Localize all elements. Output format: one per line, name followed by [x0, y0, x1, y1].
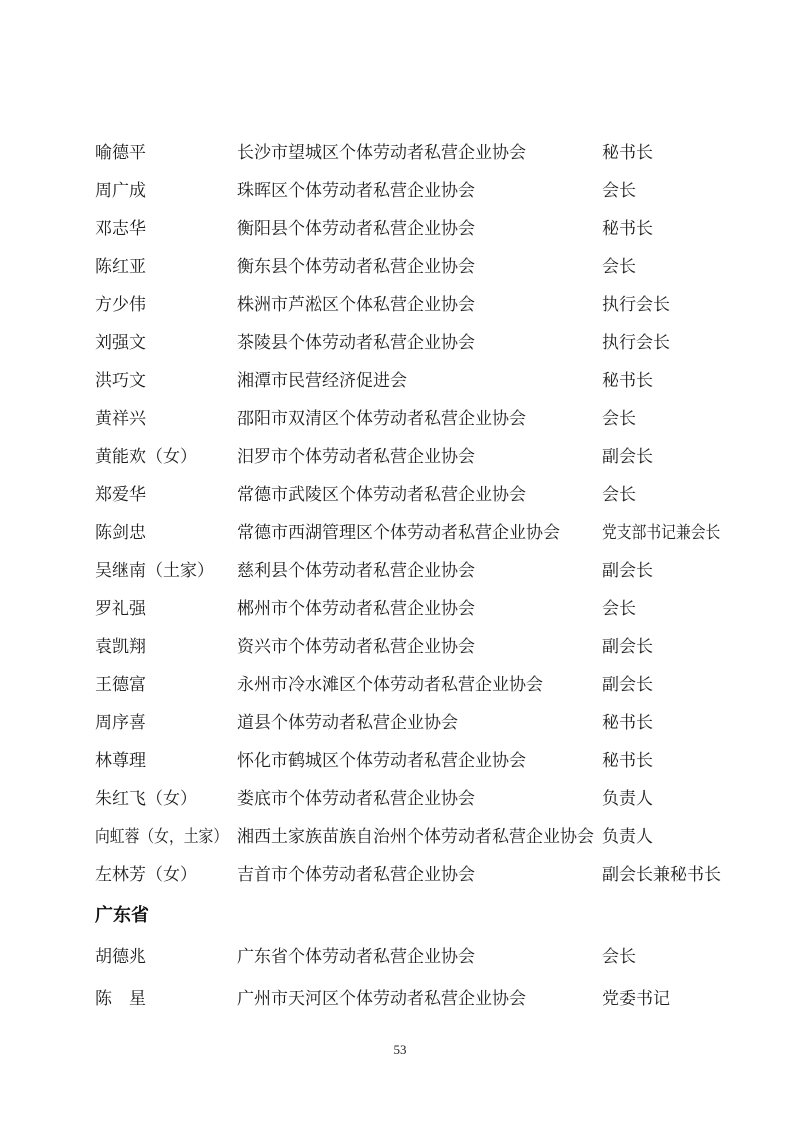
position-title: 秘书长 — [602, 704, 765, 742]
person-name: 周广成 — [95, 172, 237, 210]
table-row: 邓志华 衡阳县个体劳动者私营企业协会 秘书长 — [95, 210, 765, 248]
organization-name: 广州市天河区个体劳动者私营企业协会 — [237, 978, 602, 1020]
position-title: 会长 — [602, 400, 765, 438]
table-row: 林尊理 怀化市鹤城区个体劳动者私营企业协会 秘书长 — [95, 742, 765, 780]
position-title: 党支部书记兼会长 — [602, 514, 744, 552]
table-row: 洪巧文 湘潭市民营经济促进会 秘书长 — [95, 362, 765, 400]
table-row: 吴继南（土家） 慈利县个体劳动者私营企业协会 副会长 — [95, 552, 765, 590]
position-title: 负责人 — [602, 780, 765, 818]
person-name: 袁凯翔 — [95, 628, 237, 666]
organization-name: 衡阳县个体劳动者私营企业协会 — [237, 210, 602, 248]
table-row: 刘强文 茶陵县个体劳动者私营企业协会 执行会长 — [95, 324, 765, 362]
position-title: 会长 — [602, 936, 765, 978]
position-title: 秘书长 — [602, 362, 765, 400]
person-name: 向虹蓉（女，土家） — [95, 818, 219, 856]
position-title: 执行会长 — [602, 324, 765, 362]
person-name: 洪巧文 — [95, 362, 237, 400]
person-name: 左林芳（女） — [95, 856, 237, 894]
table-row: 向虹蓉（女，土家） 湘西土家族苗族自治州个体劳动者私营企业协会 负责人 — [95, 818, 765, 856]
organization-name: 广东省个体劳动者私营企业协会 — [237, 936, 602, 978]
person-name: 林尊理 — [95, 742, 237, 780]
position-title: 副会长 — [602, 552, 765, 590]
table-row: 陈剑忠 常德市西湖管理区个体劳动者私营企业协会 党支部书记兼会长 — [95, 514, 765, 552]
organization-name: 衡东县个体劳动者私营企业协会 — [237, 248, 602, 286]
organization-name: 资兴市个体劳动者私营企业协会 — [237, 628, 602, 666]
position-title: 副会长兼秘书长 — [602, 856, 765, 894]
person-name: 邓志华 — [95, 210, 237, 248]
document-page: 喻德平 长沙市望城区个体劳动者私营企业协会 秘书长 周广成 珠晖区个体劳动者私营… — [0, 0, 800, 1131]
organization-name: 邵阳市双清区个体劳动者私营企业协会 — [237, 400, 602, 438]
person-name: 罗礼强 — [95, 590, 237, 628]
organization-name: 株洲市芦淞区个体私营企业协会 — [237, 286, 602, 324]
position-title: 会长 — [602, 172, 765, 210]
position-title: 副会长 — [602, 628, 765, 666]
position-title: 秘书长 — [602, 742, 765, 780]
person-name: 朱红飞（女） — [95, 780, 237, 818]
organization-name: 娄底市个体劳动者私营企业协会 — [237, 780, 602, 818]
table-row: 周广成 珠晖区个体劳动者私营企业协会 会长 — [95, 172, 765, 210]
table-row: 黄祥兴 邵阳市双清区个体劳动者私营企业协会 会长 — [95, 400, 765, 438]
organization-name: 常德市武陵区个体劳动者私营企业协会 — [237, 476, 602, 514]
table-row: 左林芳（女） 吉首市个体劳动者私营企业协会 副会长兼秘书长 — [95, 856, 765, 894]
organization-name: 道县个体劳动者私营企业协会 — [237, 704, 602, 742]
organization-name: 常德市西湖管理区个体劳动者私营企业协会 — [237, 514, 602, 552]
person-name: 陈红亚 — [95, 248, 237, 286]
organization-name: 吉首市个体劳动者私营企业协会 — [237, 856, 602, 894]
organization-name: 永州市冷水滩区个体劳动者私营企业协会 — [237, 666, 602, 704]
table-row: 方少伟 株洲市芦淞区个体私营企业协会 执行会长 — [95, 286, 765, 324]
person-name: 周序喜 — [95, 704, 237, 742]
section-header: 广东省 — [95, 894, 765, 936]
organization-name: 怀化市鹤城区个体劳动者私营企业协会 — [237, 742, 602, 780]
table-row: 王德富 永州市冷水滩区个体劳动者私营企业协会 副会长 — [95, 666, 765, 704]
person-name: 刘强文 — [95, 324, 237, 362]
person-name: 陈剑忠 — [95, 514, 237, 552]
position-title: 负责人 — [602, 818, 765, 856]
organization-name: 湘西土家族苗族自治州个体劳动者私营企业协会 — [237, 818, 602, 856]
table-row: 黄能欢（女） 汨罗市个体劳动者私营企业协会 副会长 — [95, 438, 765, 476]
table-row: 郑爱华 常德市武陵区个体劳动者私营企业协会 会长 — [95, 476, 765, 514]
person-name: 吴继南（土家） — [95, 552, 237, 590]
person-name: 陈 星 — [95, 978, 237, 1020]
position-title: 秘书长 — [602, 134, 765, 172]
person-name: 黄祥兴 — [95, 400, 237, 438]
person-name: 胡德兆 — [95, 936, 237, 978]
table-row: 陈红亚 衡东县个体劳动者私营企业协会 会长 — [95, 248, 765, 286]
person-name: 黄能欢（女） — [95, 438, 237, 476]
section-label: 广东省 — [95, 894, 149, 936]
position-title: 会长 — [602, 590, 765, 628]
table-row: 周序喜 道县个体劳动者私营企业协会 秘书长 — [95, 704, 765, 742]
person-name: 喻德平 — [95, 134, 237, 172]
position-title: 会长 — [602, 248, 765, 286]
roster-table: 喻德平 长沙市望城区个体劳动者私营企业协会 秘书长 周广成 珠晖区个体劳动者私营… — [95, 134, 765, 1020]
person-name: 郑爱华 — [95, 476, 237, 514]
organization-name: 茶陵县个体劳动者私营企业协会 — [237, 324, 602, 362]
position-title: 会长 — [602, 476, 765, 514]
organization-name: 长沙市望城区个体劳动者私营企业协会 — [237, 134, 602, 172]
organization-name: 汨罗市个体劳动者私营企业协会 — [237, 438, 602, 476]
position-title: 副会长 — [602, 666, 765, 704]
table-row: 胡德兆 广东省个体劳动者私营企业协会 会长 — [95, 936, 765, 978]
person-name: 方少伟 — [95, 286, 237, 324]
position-title: 副会长 — [602, 438, 765, 476]
organization-name: 慈利县个体劳动者私营企业协会 — [237, 552, 602, 590]
table-row: 陈 星 广州市天河区个体劳动者私营企业协会 党委书记 — [95, 978, 765, 1020]
organization-name: 湘潭市民营经济促进会 — [237, 362, 602, 400]
table-row: 喻德平 长沙市望城区个体劳动者私营企业协会 秘书长 — [95, 134, 765, 172]
position-title: 执行会长 — [602, 286, 765, 324]
organization-name: 郴州市个体劳动者私营企业协会 — [237, 590, 602, 628]
position-title: 党委书记 — [602, 978, 765, 1020]
position-title: 秘书长 — [602, 210, 765, 248]
page-number: 53 — [0, 1042, 800, 1058]
table-row: 罗礼强 郴州市个体劳动者私营企业协会 会长 — [95, 590, 765, 628]
table-row: 朱红飞（女） 娄底市个体劳动者私营企业协会 负责人 — [95, 780, 765, 818]
table-row: 袁凯翔 资兴市个体劳动者私营企业协会 副会长 — [95, 628, 765, 666]
person-name: 王德富 — [95, 666, 237, 704]
organization-name: 珠晖区个体劳动者私营企业协会 — [237, 172, 602, 210]
